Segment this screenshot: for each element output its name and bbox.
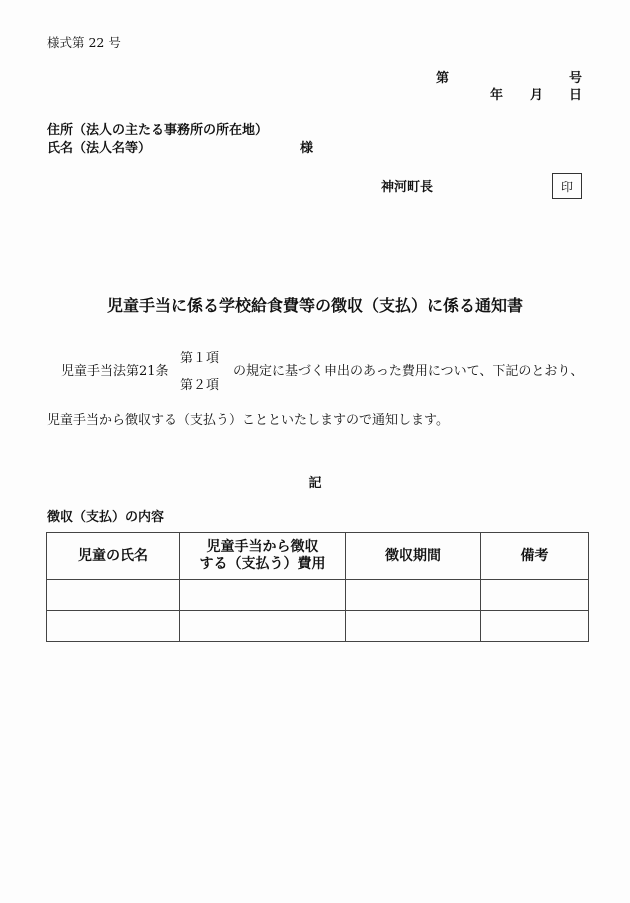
clause-1: 第１項 — [180, 347, 219, 366]
cell-child-name[interactable] — [47, 611, 180, 642]
body-line-2: 児童手当から徴収する（支払う）ことといたしますので通知します。 — [47, 409, 449, 428]
form-number: 様式第 22 号 — [47, 33, 121, 51]
cell-cost[interactable] — [180, 611, 346, 642]
cell-cost[interactable] — [180, 580, 346, 611]
section-label: 徴収（支払）の内容 — [47, 506, 164, 525]
table-row — [47, 611, 589, 642]
cell-period[interactable] — [346, 611, 481, 642]
collection-table: 児童の氏名 児童手当から徴収 する（支払う）費用 徴収期間 備考 — [46, 532, 589, 642]
date-month: 月 — [530, 84, 543, 103]
honorific: 様 — [300, 137, 313, 156]
table-header-row: 児童の氏名 児童手当から徴収 する（支払う）費用 徴収期間 備考 — [47, 533, 589, 580]
body-line-1: の規定に基づく申出のあった費用について、下記のとおり、 — [233, 360, 583, 379]
clause-2: 第２項 — [180, 374, 219, 393]
sender-title: 神河町長 — [381, 176, 433, 195]
header-child-name: 児童の氏名 — [47, 533, 180, 580]
cell-period[interactable] — [346, 580, 481, 611]
law-reference: 児童手当法第21条 — [61, 360, 169, 379]
address-label: 住所（法人の主たる事務所の所在地） — [47, 119, 268, 138]
ki-heading: 記 — [0, 472, 630, 491]
name-label: 氏名（法人名等） — [47, 137, 151, 156]
header-cost: 児童手当から徴収 する（支払う）費用 — [180, 533, 346, 580]
header-cost-line2: する（支払う）費用 — [180, 556, 345, 573]
doc-number-prefix: 第 — [436, 67, 449, 86]
header-period: 徴収期間 — [346, 533, 481, 580]
cell-remarks[interactable] — [481, 611, 589, 642]
cell-remarks[interactable] — [481, 580, 589, 611]
header-remarks: 備考 — [481, 533, 589, 580]
document-title: 児童手当に係る学校給食費等の徴収（支払）に係る通知書 — [0, 293, 630, 316]
date-day: 日 — [569, 84, 582, 103]
table-row — [47, 580, 589, 611]
cell-child-name[interactable] — [47, 580, 180, 611]
seal-box: 印 — [552, 173, 582, 199]
header-cost-line1: 児童手当から徴収 — [180, 539, 345, 556]
date-year: 年 — [490, 84, 503, 103]
